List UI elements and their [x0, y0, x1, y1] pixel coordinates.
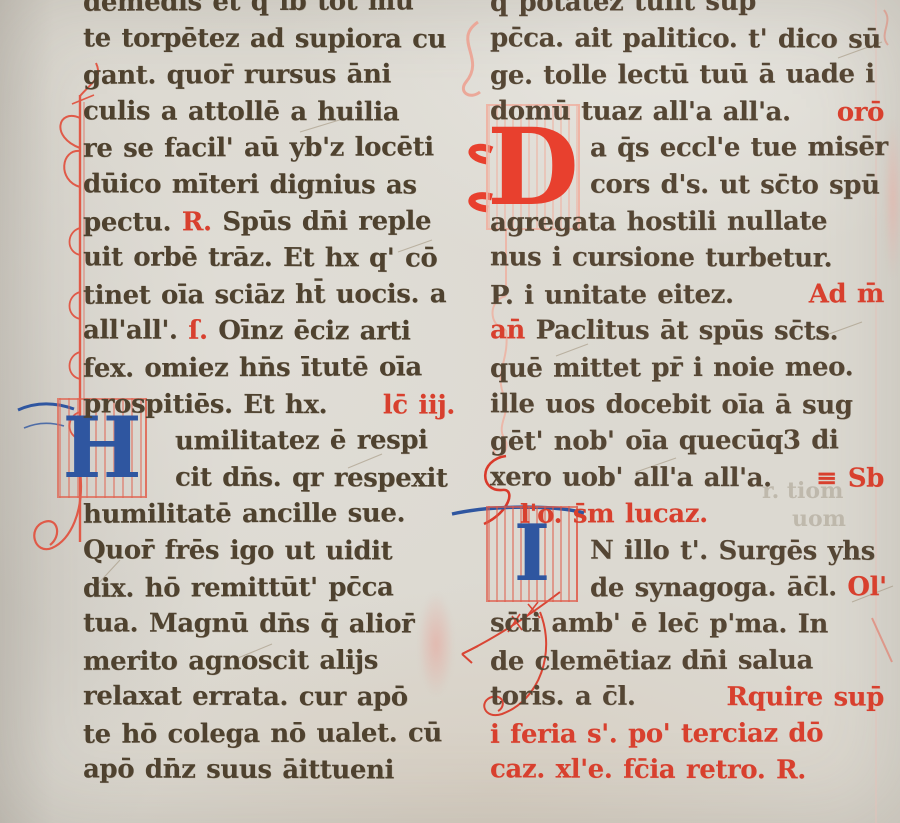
- text-line: re se facil' aū yb'z locēti: [83, 130, 455, 168]
- text-run: caz. xl'e. fc̄ia retro. R.: [490, 752, 806, 790]
- manuscript-page: H D I demedis et q̄ ib tot mūte torpētez…: [0, 0, 900, 823]
- text-line: demedis et q̄ ib tot mū: [83, 0, 455, 21]
- text-run: dūico mīteri dignius as: [83, 166, 417, 204]
- text-run: Oīnz ēciz arti: [218, 313, 410, 350]
- text-line: uit orbē trāz. Et hx q' cō: [83, 240, 455, 278]
- text-run: de synagoga. āc̄l.: [590, 569, 848, 607]
- text-run: uit orbē trāz. Et hx q' cō: [83, 240, 438, 278]
- text-run: all'all'.: [83, 313, 188, 350]
- text-line: nus i cursione turbetur.: [490, 239, 884, 277]
- text-line: domū tuaz all'a all'a. orō: [490, 93, 884, 131]
- text-run: fex. omiez hn̄s ītutē oīa: [83, 349, 422, 387]
- text-run: cors d's. ut sc̄to spū: [590, 167, 880, 205]
- text-run: Paclitus āt spūs sc̄ts.: [536, 313, 839, 351]
- text-run: ille uos docebit oīa ā sug: [490, 386, 853, 424]
- text-line: umilitatez ē respi: [83, 422, 455, 460]
- text-line: agregata hostili nullate: [490, 203, 884, 241]
- text-run: te torpētez ad supiora cu: [83, 20, 446, 58]
- text-line: q̄ potatez tulit sup': [490, 0, 884, 21]
- text-line: dūico mīteri dignius as: [83, 166, 455, 204]
- text-run: N illo t'. Surgēs yhs: [590, 533, 875, 571]
- text-run: quē mittet pr̄ i noie meo.: [490, 349, 853, 387]
- bleed-through-text: uom: [792, 506, 846, 532]
- text-line: i feria s'. po' terciaz dō: [490, 715, 884, 753]
- text-run: Ol': [847, 569, 886, 606]
- text-run: tua. Magnū dn̄s q̄ alior̄: [83, 605, 415, 643]
- text-run: i feria s'. po' terciaz dō: [490, 715, 823, 753]
- text-line: gēt' nob' oīa quecūq3 di: [490, 422, 884, 460]
- text-run: cit dn̄s. qr respexit: [175, 459, 448, 497]
- text-run: apō dn̄z suus āittueni: [83, 752, 394, 790]
- text-line: te hō colega nō ualet. cū: [83, 715, 455, 753]
- text-run: ſ.: [188, 313, 218, 350]
- text-run: prospitiēs. Et hx.: [83, 386, 338, 423]
- text-run: pc̄ca. ait palitico. t' dico sū: [490, 20, 881, 58]
- text-line: pectu. R. Spūs dn̄i reple: [83, 203, 455, 241]
- text-run: de clemētiaz dn̄i salua: [490, 642, 813, 680]
- text-column-left: demedis et q̄ ib tot mūte torpētez ad su…: [83, 0, 455, 789]
- text-column-right: q̄ potatez tulit sup'pc̄ca. ait palitico…: [490, 0, 884, 789]
- text-run: xero uob' all'a all'a.: [490, 459, 782, 497]
- text-line: culis a attollē a huilia: [83, 93, 455, 131]
- text-run: tinet oīa sciāz ht̄ uocis. a: [83, 276, 446, 314]
- text-run: Spūs dn̄i reple: [222, 203, 431, 241]
- text-line: te torpētez ad supiora cu: [83, 20, 455, 58]
- text-line: pc̄ca. ait palitico. t' dico sū: [490, 20, 884, 58]
- text-run: lc̄ iij.: [383, 387, 455, 424]
- text-run: merito agnoscit alijs: [83, 642, 378, 680]
- text-line: fex. omiez hn̄s ītutē oīa: [83, 349, 455, 387]
- text-run: P. i unitate eitez.: [490, 277, 744, 315]
- text-run: te hō colega nō ualet. cū: [83, 715, 442, 753]
- text-run: gant. quor̄ rursus āni: [83, 57, 391, 95]
- text-run: dix. hō remittūt' pc̄ca: [83, 569, 394, 607]
- text-run: a q̄s eccl'e tue misēr: [590, 129, 888, 167]
- text-line: de clemētiaz dn̄i salua: [490, 642, 884, 680]
- text-run: an̄: [490, 313, 536, 350]
- text-run: gēt' nob' oīa quecūq3 di: [490, 422, 839, 460]
- text-line: humilitatē ancille sue.: [83, 496, 455, 534]
- text-line: ille uos docebit oīa ā sug: [490, 386, 884, 424]
- text-line: toris. a c̄l. Rquire sup̄: [490, 679, 884, 717]
- text-line: Quor̄ frēs igo ut uidit: [83, 532, 455, 570]
- text-run: nus i cursione turbetur.: [490, 239, 832, 277]
- text-line: tinet oīa sciāz ht̄ uocis. a: [83, 276, 455, 314]
- text-run: culis a attollē a huilia: [83, 93, 399, 131]
- text-run: pectu.: [83, 204, 182, 241]
- text-line: tua. Magnū dn̄s q̄ alior̄: [83, 605, 455, 643]
- text-run: humilitatē ancille sue.: [83, 496, 405, 534]
- text-line: N illo t'. Surgēs yhs: [490, 532, 884, 570]
- text-run: agregata hostili nullate: [490, 203, 827, 241]
- text-run: umilitatez ē respi: [175, 422, 428, 460]
- intercolumn-s-curl: [463, 22, 480, 95]
- text-line: gant. quor̄ rursus āni: [83, 56, 455, 94]
- text-line: cit dn̄s. qr respexit: [83, 459, 455, 497]
- text-line: P. i unitate eitez. Ad m̄: [490, 276, 884, 314]
- bleed-through-text: r. tiom: [762, 478, 843, 504]
- text-run: l'o. s̄m lucaz.: [520, 496, 708, 533]
- text-run: ge. tolle lectū tuū ā uade i: [490, 56, 875, 94]
- text-run: demedis et q̄ ib tot mū: [83, 0, 414, 21]
- text-run: orō: [837, 94, 884, 131]
- text-line: quē mittet pr̄ i noie meo.: [490, 349, 884, 387]
- text-line: dix. hō remittūt' pc̄ca: [83, 569, 455, 607]
- text-run: relaxat errata. cur apō: [83, 679, 408, 717]
- text-line: relaxat errata. cur apō: [83, 679, 455, 717]
- text-run: Rquire sup̄: [726, 679, 884, 716]
- text-run: Ad m̄: [809, 276, 884, 313]
- text-line: prospitiēs. Et hx. lc̄ iij.: [83, 386, 455, 424]
- text-line: sc̄ti amb' ē lec̄ p'ma. In: [490, 605, 884, 643]
- text-run: re se facil' aū yb'z locēti: [83, 130, 434, 168]
- text-run: q̄ potatez tulit sup': [490, 0, 764, 21]
- text-run: sc̄ti amb' ē lec̄ p'ma. In: [490, 605, 828, 643]
- text-line: cors d's. ut sc̄to spū: [490, 166, 884, 204]
- text-line: ge. tolle lectū tuū ā uade i: [490, 56, 884, 94]
- text-run: domū tuaz all'a all'a.: [490, 93, 801, 131]
- text-run: toris. a c̄l.: [490, 679, 646, 716]
- text-line: caz. xl'e. fc̄ia retro. R.: [490, 752, 884, 790]
- text-run: Quor̄ frēs igo ut uidit: [83, 532, 392, 570]
- text-line: an̄ Paclitus āt spūs sc̄ts.: [490, 313, 884, 351]
- text-line: apō dn̄z suus āittueni: [83, 752, 455, 790]
- text-line: merito agnoscit alijs: [83, 642, 455, 680]
- text-line: de synagoga. āc̄l. Ol': [490, 569, 884, 607]
- text-line: all'all'. ſ. Oīnz ēciz arti: [83, 313, 455, 351]
- text-line: a q̄s eccl'e tue misēr: [490, 130, 884, 168]
- text-run: R.: [182, 204, 223, 241]
